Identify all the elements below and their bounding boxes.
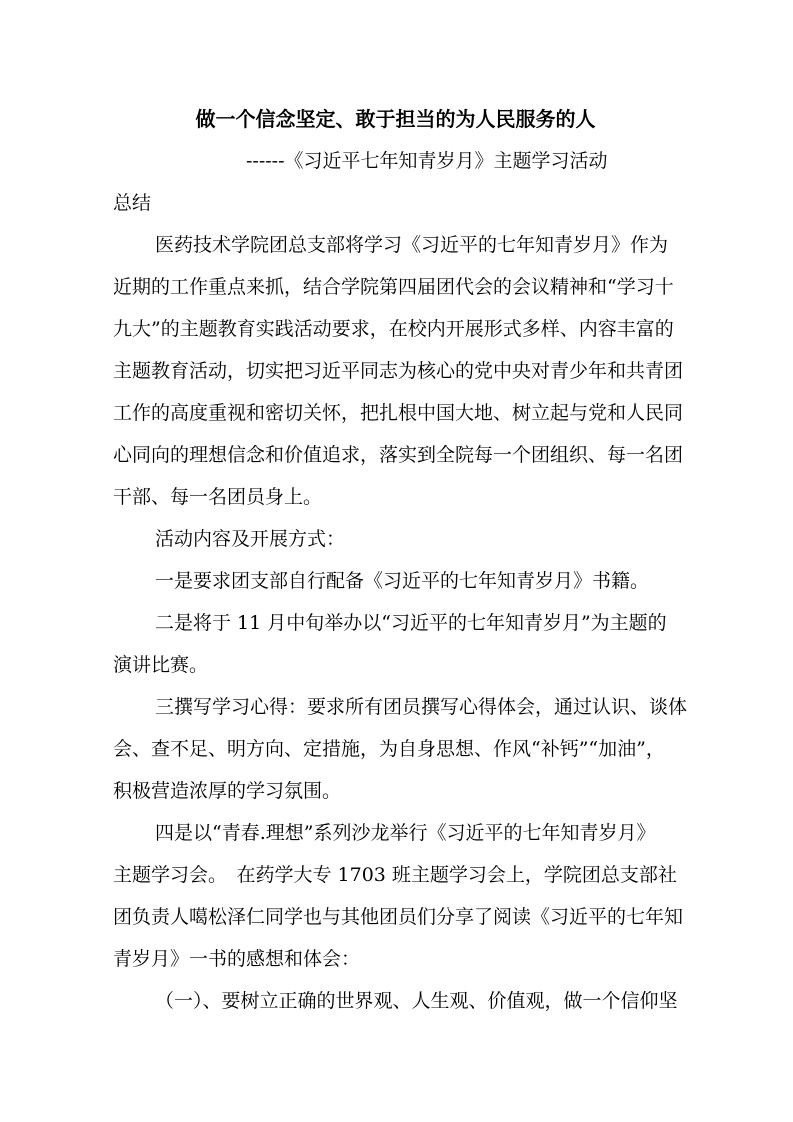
text-line: 二是将于 11 月中旬举办以“习近平的七年知青岁月”为主题的 xyxy=(113,602,678,644)
text-line: 青岁月》一书的感想和体会： xyxy=(113,938,678,980)
paragraph-body: 四是以“青春.理想”系列沙龙举行《习近平的七年知青岁月》主题学习会。 在药学大专… xyxy=(113,812,678,980)
paragraph-body: 活动内容及开展方式： xyxy=(113,518,678,560)
text-line: 干部、每一名团员身上。 xyxy=(113,476,678,518)
document-content: 做一个信念坚定、敢于担当的为人民服务的人 ------《习近平七年知青岁月》主题… xyxy=(113,98,678,1022)
text-line: 主题教育活动，切实把习近平同志为核心的党中央对青少年和共青团 xyxy=(113,350,678,392)
text-line: 主题学习会。 在药学大专 1703 班主题学习会上，学院团总支部社 xyxy=(113,854,678,896)
text-line: 演讲比赛。 xyxy=(113,644,678,686)
text-line: 九大”的主题教育实践活动要求，在校内开展形式多样、内容丰富的 xyxy=(113,308,678,350)
paragraph-body: 医药技术学院团总支部将学习《习近平的七年知青岁月》作为近期的工作重点来抓，结合学… xyxy=(113,224,678,518)
text-line: 医药技术学院团总支部将学习《习近平的七年知青岁月》作为 xyxy=(113,224,678,266)
paragraph-body: 二是将于 11 月中旬举办以“习近平的七年知青岁月”为主题的演讲比赛。 xyxy=(113,602,678,686)
text-line: 活动内容及开展方式： xyxy=(113,518,678,560)
document-body: ------《习近平七年知青岁月》主题学习活动总结医药技术学院团总支部将学习《习… xyxy=(113,140,678,1022)
text-line: 团负责人噶松泽仁同学也与其他团员们分享了阅读《习近平的七年知 xyxy=(113,896,678,938)
text-line: 四是以“青春.理想”系列沙龙举行《习近平的七年知青岁月》 xyxy=(113,812,678,854)
document-page: 做一个信念坚定、敢于担当的为人民服务的人 ------《习近平七年知青岁月》主题… xyxy=(0,0,793,1122)
text-line: 总结 xyxy=(113,182,678,224)
text-line: 会、查不足、明方向、定措施，为自身思想、作风“补钙”“加油”， xyxy=(113,728,678,770)
paragraph-body: 三撰写学习心得：要求所有团员撰写心得体会，通过认识、谈体会、查不足、明方向、定措… xyxy=(113,686,678,812)
text-line: （一）、要树立正确的世界观、人生观、价值观，做一个信仰坚 xyxy=(113,980,678,1022)
paragraph-body: 一是要求团支部自行配备《习近平的七年知青岁月》书籍。 xyxy=(113,560,678,602)
text-line: 积极营造浓厚的学习氛围。 xyxy=(113,770,678,812)
text-line: 近期的工作重点来抓，结合学院第四届团代会的会议精神和“学习十 xyxy=(113,266,678,308)
document-title: 做一个信念坚定、敢于担当的为人民服务的人 xyxy=(113,98,678,140)
paragraph-body: （一）、要树立正确的世界观、人生观、价值观，做一个信仰坚 xyxy=(113,980,678,1022)
paragraph-subtitle: ------《习近平七年知青岁月》主题学习活动总结 xyxy=(113,140,678,224)
text-line: 三撰写学习心得：要求所有团员撰写心得体会，通过认识、谈体 xyxy=(113,686,678,728)
text-line: 心同向的理想信念和价值追求，落实到全院每一个团组织、每一名团 xyxy=(113,434,678,476)
text-line: 工作的高度重视和密切关怀，把扎根中国大地、树立起与党和人民同 xyxy=(113,392,678,434)
text-line: ------《习近平七年知青岁月》主题学习活动 xyxy=(113,140,678,182)
text-line: 一是要求团支部自行配备《习近平的七年知青岁月》书籍。 xyxy=(113,560,678,602)
